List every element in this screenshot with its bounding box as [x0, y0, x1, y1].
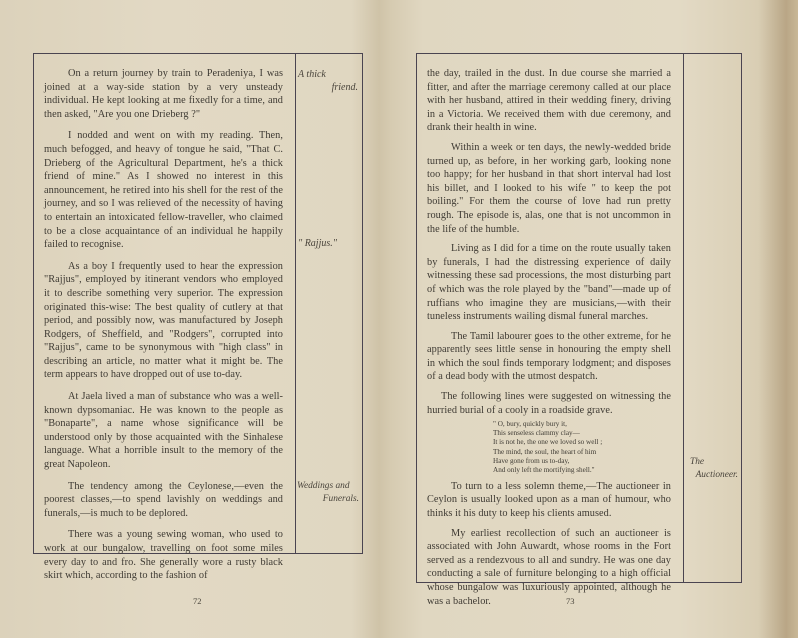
- poem-line: This senseless clammy clay—: [493, 429, 671, 438]
- poem: " O, bury, quickly bury it, This sensele…: [493, 420, 671, 475]
- paragraph: As a boy I frequently used to hear the e…: [44, 260, 283, 382]
- paragraph: The tendency among the Ceylonese,—even t…: [44, 480, 283, 521]
- poem-line: It is not he, the one we loved so well ;: [493, 438, 671, 447]
- page-number: 73: [566, 596, 575, 606]
- paragraph: To turn to a less solemn theme,—The auct…: [427, 480, 671, 521]
- paragraph: The following lines were suggested on wi…: [427, 390, 671, 417]
- paragraph: The Tamil labourer goes to the other ext…: [427, 330, 671, 384]
- right-margin-column: The Auctioneer.: [682, 54, 741, 582]
- paragraph: I nodded and went on with my reading. Th…: [44, 129, 283, 251]
- paragraph: On a return journey by train to Peradeni…: [44, 67, 283, 121]
- right-page: the day, trailed in the dust. In due cou…: [400, 0, 798, 638]
- poem-line: Have gone from us to-day,: [493, 457, 671, 466]
- right-text-column: the day, trailed in the dust. In due cou…: [417, 54, 684, 582]
- side-note-thick-friend: A thick friend.: [298, 68, 358, 94]
- paragraph: the day, trailed in the dust. In due cou…: [427, 67, 671, 135]
- paragraph: At Jaela lived a man of substance who wa…: [44, 390, 283, 472]
- side-note-rajjus: " Rajjus.": [298, 237, 358, 250]
- left-text-column: On a return journey by train to Peradeni…: [34, 54, 296, 553]
- side-note-weddings-funerals: Weddings and Funerals.: [297, 480, 359, 506]
- paragraph: My earliest recollection of such an auct…: [427, 527, 671, 609]
- left-margin-column: A thick friend. " Rajjus." Weddings and …: [294, 54, 362, 553]
- book-spread: On a return journey by train to Peradeni…: [0, 0, 798, 638]
- poem-line: The mind, the soul, the heart of him: [493, 448, 671, 457]
- left-page: On a return journey by train to Peradeni…: [0, 0, 392, 638]
- paragraph: There was a young sewing woman, who used…: [44, 528, 283, 582]
- right-page-frame: the day, trailed in the dust. In due cou…: [416, 53, 742, 583]
- page-number: 72: [193, 596, 202, 606]
- left-page-frame: On a return journey by train to Peradeni…: [33, 53, 363, 554]
- paragraph: Living as I did for a time on the route …: [427, 242, 671, 324]
- paragraph: Within a week or ten days, the newly-wed…: [427, 141, 671, 236]
- poem-line: And only left the mortifying shell.": [493, 466, 671, 475]
- poem-line: " O, bury, quickly bury it,: [493, 420, 671, 429]
- side-note-auctioneer: The Auctioneer.: [690, 456, 738, 482]
